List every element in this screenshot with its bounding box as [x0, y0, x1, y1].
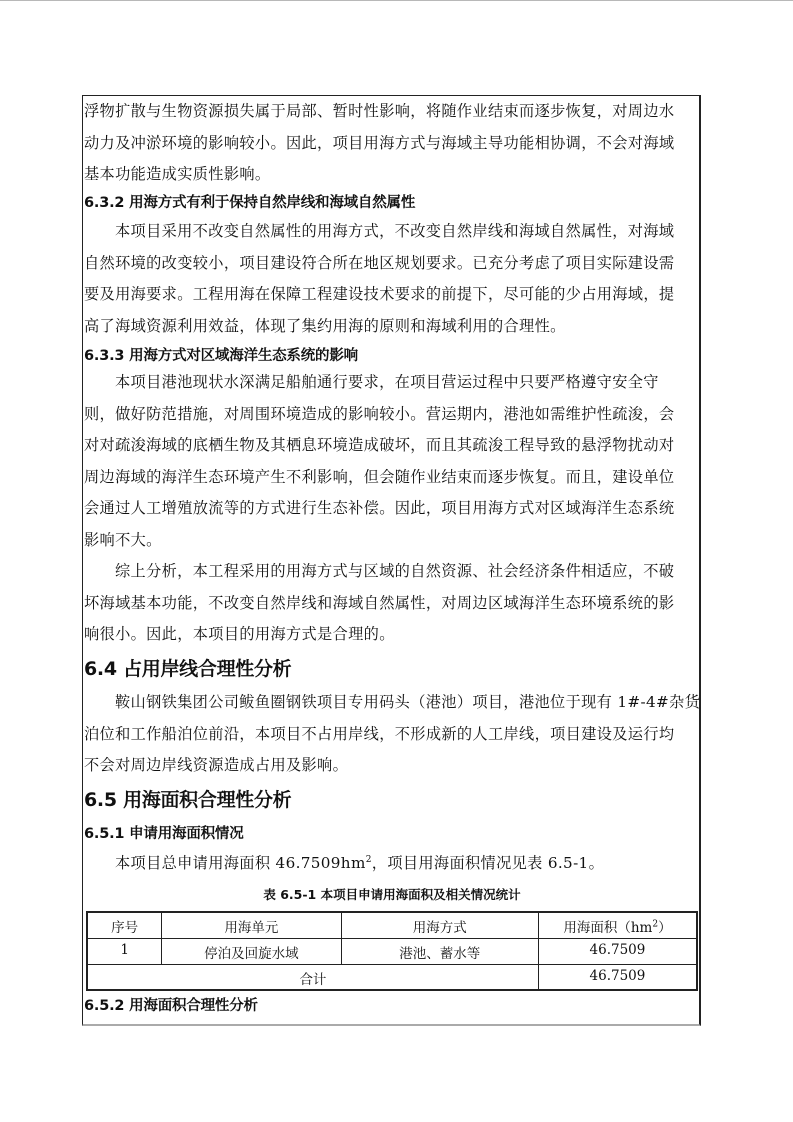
- text-line: 坏海域基本功能，不改变自然岸线和海域自然属性，对周边区域海洋生态环境系统的影: [84, 588, 674, 620]
- table-caption: 表 6.5-1 本项目申请用海面积及相关情况统计: [84, 885, 700, 905]
- heading-6-5-1: 6.5.1 申请用海面积情况: [84, 820, 244, 848]
- text-line: 泊位和工作船泊位前沿，本项目不占用岸线，不形成新的人工岸线，项目建设及运行均: [84, 719, 700, 751]
- text-line: 本项目港池现状水深满足船舶通行要求，在项目营运过程中只要严格遵守安全守: [84, 367, 674, 399]
- heading-6-5-2: 6.5.2 用海面积合理性分析: [84, 992, 258, 1020]
- text-line: 则，做好防范措施，对周围环境造成的影响较小。营运期内，港池如需维护性疏浚，会: [84, 399, 674, 431]
- text-line: 影响不大。: [84, 525, 674, 557]
- cell-area: 46.7509: [538, 938, 697, 964]
- heading-6-4: 6.4 占用岸线合理性分析: [84, 651, 291, 687]
- text-line: 周边海域的海洋生态环境产生不利影响，但会随作业结束而逐步恢复。而且，建设单位: [84, 462, 674, 494]
- sea-area-table: 序号 用海单元 用海方式 用海面积（hm2） 1 停泊及回旋水域 港池、蓄水等 …: [86, 911, 698, 991]
- section-6-4-body: 鞍山钢铁集团公司鲅鱼圈钢铁项目专用码头（港池）项目，港池位于现有 1#-4#杂货…: [84, 687, 700, 782]
- text-line: 鞍山钢铁集团公司鲅鱼圈钢铁项目专用码头（港池）项目，港池位于现有 1#-4#杂货: [84, 687, 700, 719]
- text-line: 要及用海要求。工程用海在保障工程建设技术要求的前提下，尽可能的少占用海域，提: [84, 279, 674, 311]
- header-cell-area: 用海面积（hm2）: [538, 912, 697, 938]
- heading-6-3-3: 6.3.3 用海方式对区域海洋生态系统的影响: [84, 342, 358, 370]
- table-total-row: 合计 46.7509: [87, 964, 697, 990]
- summary-paragraph: 综上分析，本工程采用的用海方式与区域的自然资源、社会经济条件相适应，不破 坏海域…: [84, 556, 674, 651]
- text-line: 本项目总申请用海面积 46.7509hm2，项目用海面积情况见表 6.5-1。: [84, 848, 604, 880]
- text-line: 响很小。因此，本项目的用海方式是合理的。: [84, 619, 674, 651]
- header-cell-method: 用海方式: [341, 912, 538, 938]
- heading-6-3-2: 6.3.2 用海方式有利于保持自然岸线和海域自然属性: [84, 189, 415, 217]
- header-area-text: 用海面积（hm: [563, 920, 652, 936]
- total-value-cell: 46.7509: [538, 964, 697, 990]
- cell-index: 1: [87, 938, 162, 964]
- cell-unit: 停泊及回旋水域: [162, 938, 341, 964]
- text-line: 基本功能造成实质性影响。: [84, 159, 674, 191]
- section-6-3-3-body: 本项目港池现状水深满足船舶通行要求，在项目营运过程中只要严格遵守安全守 则，做好…: [84, 367, 674, 556]
- text-line: 浮物扩散与生物资源损失属于局部、暂时性影响，将随作业结束而逐步恢复，对周边水: [84, 96, 674, 128]
- header-area-close: ）: [658, 920, 672, 936]
- table-header-row: 序号 用海单元 用海方式 用海面积（hm2）: [87, 912, 697, 938]
- text-line: 对对疏浚海域的底栖生物及其栖息环境造成破坏，而且其疏浚工程导致的悬浮物扰动对: [84, 430, 674, 462]
- header-cell-index: 序号: [87, 912, 162, 938]
- document-frame: 浮物扩散与生物资源损失属于局部、暂时性影响，将随作业结束而逐步恢复，对周边水 动…: [82, 95, 701, 1026]
- table-row: 1 停泊及回旋水域 港池、蓄水等 46.7509: [87, 938, 697, 964]
- area-text-tail: ，项目用海面积情况见表 6.5-1。: [372, 854, 604, 872]
- header-cell-unit: 用海单元: [162, 912, 341, 938]
- text-line: 不会对周边岸线资源造成占用及影响。: [84, 750, 700, 782]
- text-line: 会通过人工增殖放流等的方式进行生态补偿。因此，项目用海方式对区域海洋生态系统: [84, 493, 674, 525]
- cell-method: 港池、蓄水等: [341, 938, 538, 964]
- text-line: 高了海域资源利用效益，体现了集约用海的原则和海域利用的合理性。: [84, 311, 674, 343]
- section-6-3-2-body: 本项目采用不改变自然属性的用海方式，不改变自然岸线和海域自然属性，对海域 自然环…: [84, 216, 674, 342]
- page-top-rule: [0, 0, 793, 1]
- section-6-5-1-body: 本项目总申请用海面积 46.7509hm2，项目用海面积情况见表 6.5-1。: [84, 848, 604, 880]
- text-line: 本项目采用不改变自然属性的用海方式，不改变自然岸线和海域自然属性，对海域: [84, 216, 674, 248]
- text-line: 动力及冲淤环境的影响较小。因此，项目用海方式与海域主导功能相协调，不会对海域: [84, 128, 674, 160]
- continuation-paragraph: 浮物扩散与生物资源损失属于局部、暂时性影响，将随作业结束而逐步恢复，对周边水 动…: [84, 96, 674, 191]
- text-line: 自然环境的改变较小，项目建设符合所在地区规划要求。已充分考虑了项目实际建设需: [84, 248, 674, 280]
- heading-6-5: 6.5 用海面积合理性分析: [84, 782, 291, 818]
- total-label-cell: 合计: [87, 964, 538, 990]
- area-text: 本项目总申请用海面积 46.7509hm: [115, 854, 366, 872]
- text-line: 综上分析，本工程采用的用海方式与区域的自然资源、社会经济条件相适应，不破: [84, 556, 674, 588]
